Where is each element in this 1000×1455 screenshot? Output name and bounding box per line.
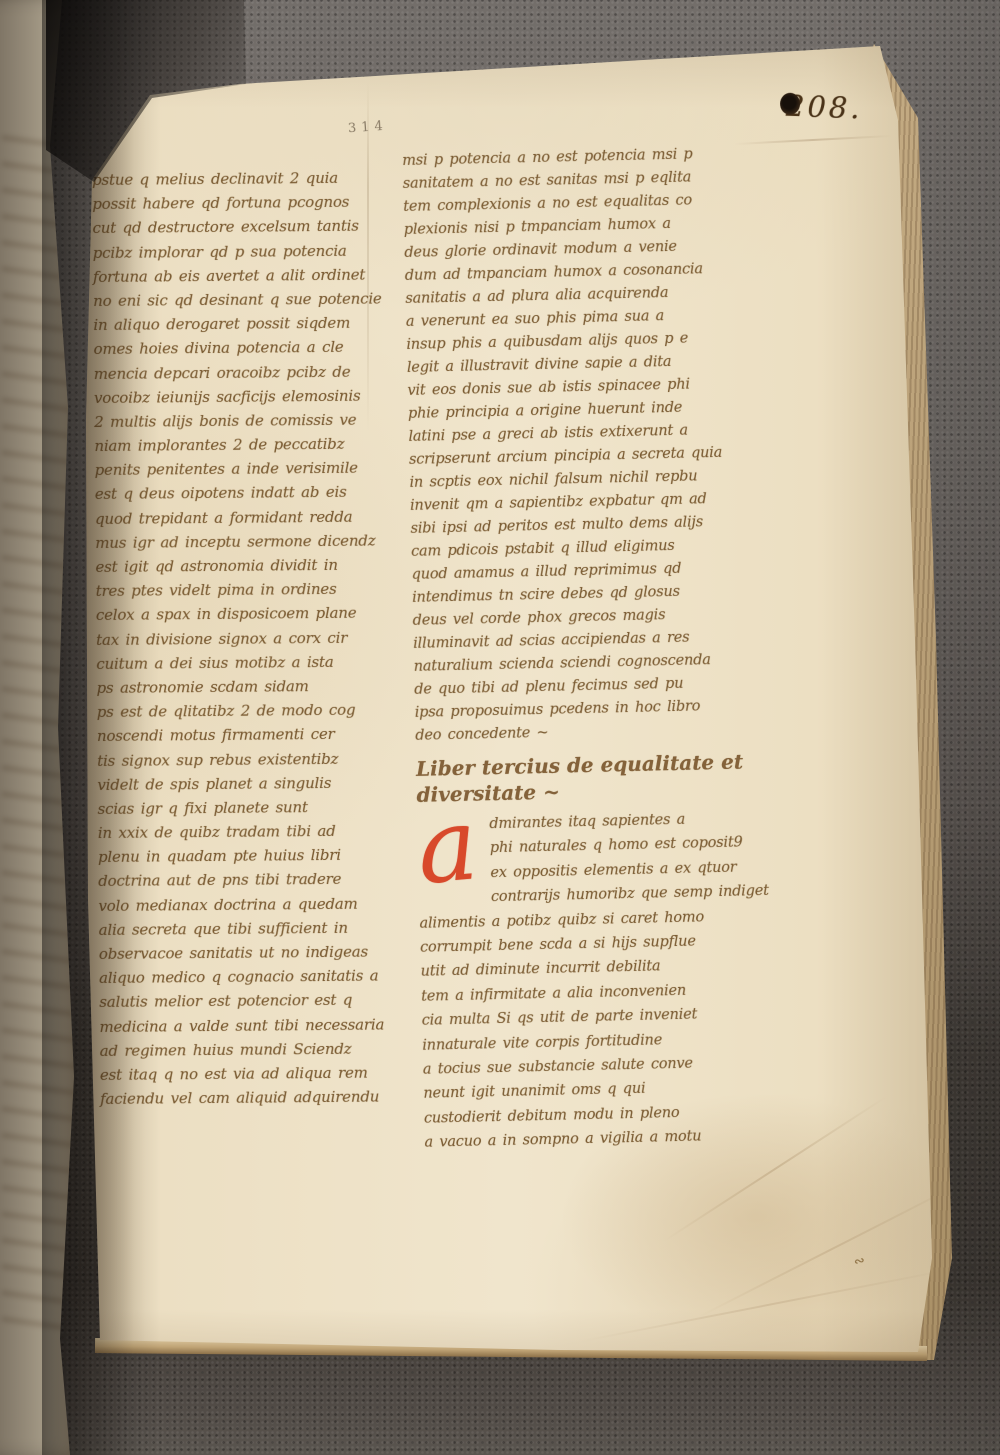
manuscript-line: pstue q melius declinavit 2 quia	[92, 165, 392, 192]
manuscript-line: aliquo medico q cognacio sanitatis a	[99, 964, 399, 991]
manuscript-line: videlt de spis planet a singulis	[97, 770, 397, 797]
manuscript-line: est q deus oipotens indatt ab eis	[95, 480, 395, 507]
chapter-opening-paragraph: a dmirantes itaq sapientes aphi naturale…	[417, 806, 787, 1156]
indented-lines: dmirantes itaq sapientes aphi naturales …	[417, 806, 781, 887]
manuscript-line: ad regimen huius mundi Sciendz	[100, 1036, 400, 1063]
manuscript-line: est itaq q no est via ad aliqua rem	[100, 1060, 400, 1087]
manuscript-line: penits penitentes a inde verisimile	[95, 456, 395, 483]
full-width-lines: contrarijs humoribz que semp indigetalim…	[419, 879, 787, 1155]
manuscript-line: celox a spax in disposicoem plane	[96, 601, 396, 628]
manuscript-line: tax in divisione signox a corx cir	[96, 625, 396, 652]
manuscript-line: salutis melior est potencior est q	[99, 988, 399, 1015]
manuscript-line: volo medianax doctrina a quedam	[98, 891, 398, 918]
manuscript-line: vocoibz ieiunijs sacficijs elemosinis	[94, 383, 394, 410]
manuscript-line: est igit qd astronomia dividit in	[95, 552, 395, 579]
manuscript-line: fortuna ab eis avertet a alit ordinet	[93, 262, 393, 289]
manuscript-line: ps astronomie scdam sidam	[96, 673, 396, 700]
manuscript-line: plenu in quadam pte huius libri	[98, 843, 398, 870]
manuscript-line: in aliquo derogaret possit siqdem	[93, 311, 393, 338]
corner-ink-scribble: ∾	[853, 1253, 867, 1270]
text-column-right: msi p potencia a no est potencia msi psa…	[402, 142, 787, 1155]
manuscript-line: faciendu vel cam aliquid adquirendu	[100, 1084, 400, 1111]
manuscript-line: observacoe sanitatis ut no indigeas	[99, 939, 399, 966]
manuscript-line: quod trepidant a formidant redda	[95, 504, 395, 531]
manuscript-line: no eni sic qd desinant q sue potencie	[93, 286, 393, 313]
manuscript-line: tis signox sup rebus existentibz	[97, 746, 397, 773]
text-column-left: pstue q melius declinavit 2 quiapossit h…	[92, 165, 400, 1111]
manuscript-page: 208. 314 pstue q melius declinavit 2 qui…	[86, 42, 934, 1362]
manuscript-line: mencia depcari oracoibz pcibz de	[94, 359, 394, 386]
manuscript-line: pcibz implorar qd p sua potencia	[93, 238, 393, 265]
manuscript-line: niam implorantes 2 de peccatibz	[94, 431, 394, 458]
manuscript-line: alia secreta que tibi sufficient in	[99, 915, 399, 942]
right-column-upper-text: msi p potencia a no est potencia msi psa…	[402, 142, 777, 748]
manuscript-line: possit habere qd fortuna pcognos	[92, 190, 392, 217]
manuscript-line: scias igr q fixi planete sunt	[97, 794, 397, 821]
folio-number: 208.	[785, 89, 863, 126]
manuscript-line: in xxix de quibz tradam tibi ad	[98, 818, 398, 845]
manuscript-line: cut qd destructore excelsum tantis	[92, 214, 392, 241]
manuscript-line: noscendi motus firmamenti cer	[97, 722, 397, 749]
manuscript-line: ps est de qlitatibz 2 de modo cog	[97, 697, 397, 724]
manuscript-line: medicina a valde sunt tibi necessaria	[99, 1012, 399, 1039]
corner-crease	[698, 1180, 966, 1318]
manuscript-line: tres ptes videlt pima in ordines	[96, 577, 396, 604]
pencil-foliation: 314	[348, 119, 389, 137]
manuscript-line: 2 multis alijs bonis de comissis ve	[94, 407, 394, 434]
manuscript-line: mus igr ad inceptu sermone dicendz	[95, 528, 395, 555]
corner-crease	[581, 1268, 954, 1342]
manuscript-line: omes hoies divina potencia a cle	[93, 335, 393, 362]
manuscript-line: doctrina aut de pns tibi tradere	[98, 867, 398, 894]
manuscript-line: cuitum a dei sius motibz a ista	[96, 649, 396, 676]
